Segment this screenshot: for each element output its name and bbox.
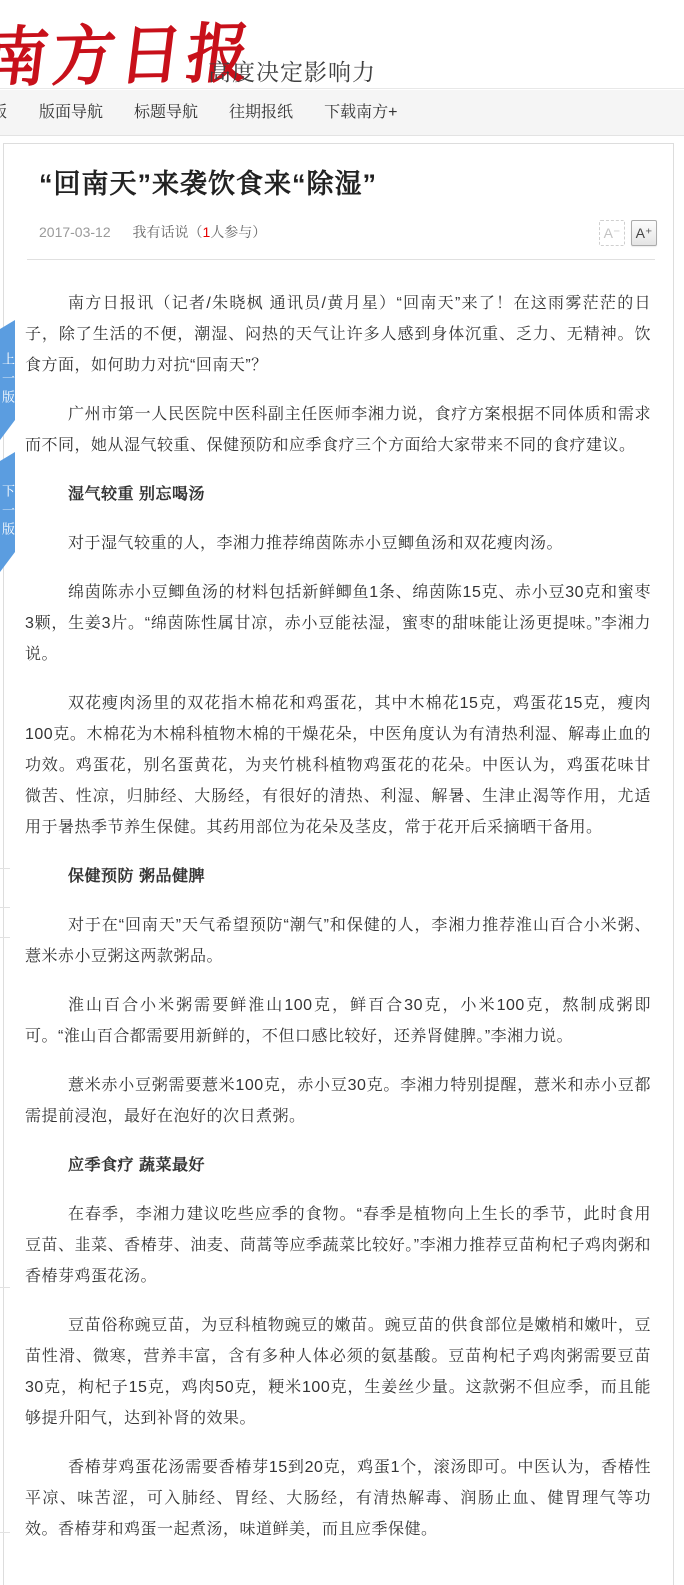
font-larger-button[interactable]: A⁺: [631, 220, 657, 246]
article-meta: 2017-03-12 我有话说（1人参与） A⁻ A⁺: [4, 222, 673, 249]
article-container: “回南天”来袭饮食来“除湿” 2017-03-12 我有话说（1人参与） A⁻ …: [3, 143, 674, 1585]
article-body: 南方日报讯（记者/朱晓枫 通讯员/黄月星）“回南天”来了！在这雨雾茫茫的日子，除…: [4, 260, 673, 1545]
article-paragraph: 薏米赤小豆粥需要薏米100克，赤小豆30克。李湘力特别提醒，薏米和赤小豆都需提前…: [25, 1070, 651, 1132]
left-edge-tick: [0, 937, 10, 938]
nav-item-page-nav[interactable]: 版面导航: [39, 90, 103, 136]
article-subheading: 应季食疗 蔬菜最好: [25, 1150, 651, 1181]
font-smaller-button[interactable]: A⁻: [599, 220, 625, 246]
left-edge-tick: [0, 1532, 10, 1533]
logo-tagline: 高度决定影响力: [208, 54, 376, 87]
article-paragraph: 广州市第一人民医院中医科副主任医师李湘力说，食疗方案根据不同体质和需求而不同，她…: [25, 399, 651, 461]
nav-item-title-nav[interactable]: 标题导航: [134, 90, 198, 136]
article-paragraph: 对于湿气较重的人，李湘力推荐绵茵陈赤小豆鲫鱼汤和双花瘦肉汤。: [25, 528, 651, 559]
article-paragraph: 绵茵陈赤小豆鲫鱼汤的材料包括新鲜鲫鱼1条、绵茵陈15克、赤小豆30克和蜜枣3颗，…: [25, 577, 651, 670]
article-paragraph: 在春季，李湘力建议吃些应季的食物。“春季是植物向上生长的季节，此时食用豆苗、韭菜…: [25, 1199, 651, 1292]
nav-item-download-app[interactable]: 下载南方+: [324, 90, 397, 136]
article-paragraph: 双花瘦肉汤里的双花指木棉花和鸡蛋花，其中木棉花15克，鸡蛋花15克，瘦肉100克…: [25, 688, 651, 843]
comment-link-prefix: 我有话说（: [133, 224, 203, 240]
font-size-controls: A⁻ A⁺: [599, 220, 657, 246]
article-subheading: 保健预防 粥品健脾: [25, 861, 651, 892]
article-paragraph: 豆苗俗称豌豆苗，为豆科植物豌豆的嫩苗。豌豆苗的供食部位是嫩梢和嫩叶，豆苗性滑、微…: [25, 1310, 651, 1434]
left-edge-tick: [0, 1287, 10, 1288]
nav-item-partial-ban[interactable]: 版: [0, 90, 7, 136]
comment-link-suffix: 人参与）: [210, 224, 266, 240]
page: 南方日报 高度决定影响力 版 版面导航 标题导航 往期报纸 下载南方+ “回南天…: [0, 0, 684, 1585]
prev-page-tab[interactable]: 上一版: [0, 320, 15, 440]
article-paragraph: 南方日报讯（记者/朱晓枫 通讯员/黄月星）“回南天”来了！在这雨雾茫茫的日子，除…: [25, 288, 651, 381]
article-paragraph: 香椿芽鸡蛋花汤需要香椿芽15到20克，鸡蛋1个，滚汤即可。中医认为，香椿性平凉、…: [25, 1452, 651, 1545]
nav-item-past-papers[interactable]: 往期报纸: [229, 90, 293, 136]
next-page-tab[interactable]: 下一版: [0, 452, 15, 572]
left-edge-tick: [0, 868, 10, 869]
publish-date: 2017-03-12: [39, 224, 111, 240]
article-subheading: 湿气较重 别忘喝汤: [25, 479, 651, 510]
left-edge-tick: [0, 907, 10, 908]
comment-link[interactable]: 我有话说（1人参与）: [133, 224, 267, 240]
article-title: “回南天”来袭饮食来“除湿”: [4, 144, 673, 202]
article-paragraph: 对于在“回南天”天气希望预防“潮气”和保健的人，李湘力推荐淮山百合小米粥、薏米赤…: [25, 910, 651, 972]
article-paragraph: 淮山百合小米粥需要鲜淮山100克，鲜百合30克，小米100克，熬制成粥即可。“淮…: [25, 990, 651, 1052]
nav-bar: 版 版面导航 标题导航 往期报纸 下载南方+: [0, 90, 684, 136]
site-header: 南方日报 高度决定影响力: [0, 0, 684, 89]
